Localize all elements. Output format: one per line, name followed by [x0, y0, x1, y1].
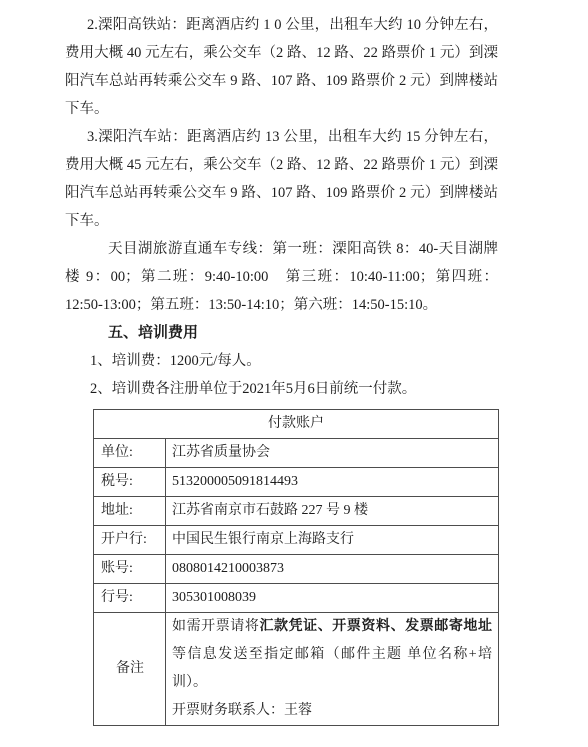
table-caption-row: 付款账户: [94, 410, 499, 439]
table-row-account-number: 账号: 0808014210003873: [94, 555, 499, 584]
row-value: 中国民生银行南京上海路支行: [166, 526, 499, 555]
row-value: 江苏省南京市石鼓路 227 号 9 楼: [166, 497, 499, 526]
payment-account-table: 付款账户 单位: 江苏省质量协会 税号: 513200005091814493 …: [93, 409, 499, 726]
row-label: 开户行:: [94, 526, 166, 555]
remark-text-prefix: 如需开票请将: [172, 619, 259, 634]
document-page: 2.溧阳高铁站：距离酒店约 1 0 公里，出租车大约 10 分钟左右，费用大概 …: [0, 0, 588, 747]
row-label: 地址:: [94, 497, 166, 526]
list-item-training-fee: 1、培训费：1200元/每人。: [65, 347, 498, 375]
section-heading-training-fee: 五、培训费用: [65, 319, 498, 347]
row-label: 单位:: [94, 439, 166, 468]
remark-content: 如需开票请将汇款凭证、开票资料、发票邮寄地址等信息发送至指定邮箱（邮件主题 单位…: [166, 613, 499, 726]
table-caption: 付款账户: [94, 410, 499, 439]
table-row-remark: 备注 如需开票请将汇款凭证、开票资料、发票邮寄地址等信息发送至指定邮箱（邮件主题…: [94, 613, 499, 726]
row-value: 江苏省质量协会: [166, 439, 499, 468]
remark-text-suffix: 等信息发送至指定邮箱（邮件主题 单位名称+培训）。: [172, 647, 492, 690]
paragraph-shuttle-schedule: 天目湖旅游直通车专线：第一班：溧阳高铁 8：40-天目湖牌楼 9：00；第二班：…: [65, 235, 498, 319]
paragraph-hsr-station: 2.溧阳高铁站：距离酒店约 1 0 公里，出租车大约 10 分钟左右，费用大概 …: [65, 11, 498, 123]
table-row-tax-id: 税号: 513200005091814493: [94, 468, 499, 497]
table-row-bank: 开户行: 中国民生银行南京上海路支行: [94, 526, 499, 555]
remark-label: 备注: [94, 613, 166, 726]
remark-contact-line: 开票财务联系人：王蓉: [172, 697, 492, 725]
list-item-payment-deadline: 2、培训费各注册单位于2021年5月6日前统一付款。: [65, 375, 498, 403]
table-row-address: 地址: 江苏省南京市石鼓路 227 号 9 楼: [94, 497, 499, 526]
row-label: 税号:: [94, 468, 166, 497]
row-value: 305301008039: [166, 584, 499, 613]
paragraph-bus-station: 3.溧阳汽车站：距离酒店约 13 公里，出租车大约 15 分钟左右，费用大概 4…: [65, 123, 498, 235]
row-value: 513200005091814493: [166, 468, 499, 497]
table-row-bank-number: 行号: 305301008039: [94, 584, 499, 613]
remark-text-bold: 汇款凭证、开票资料、发票邮寄地址: [259, 619, 492, 634]
table-row-unit: 单位: 江苏省质量协会: [94, 439, 499, 468]
row-label: 行号:: [94, 584, 166, 613]
row-label: 账号:: [94, 555, 166, 584]
row-value: 0808014210003873: [166, 555, 499, 584]
